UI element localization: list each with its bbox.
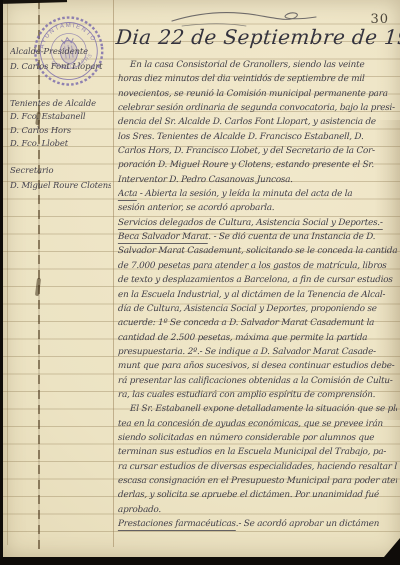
- body-text: celebrar sesión ordinaria de segunda con…: [118, 103, 395, 113]
- body-text: tea en la concesión de ayudas económicas…: [118, 419, 383, 429]
- body-line: derlas, y solicita se apruebe el dictáme…: [118, 488, 398, 502]
- body-line: de texto y desplazamientos a Barcelona, …: [118, 273, 398, 287]
- body-text: en la Escuela Industrial, y al dictámen …: [118, 290, 386, 300]
- body-line: tea en la concesión de ayudas económicas…: [118, 417, 398, 431]
- body-text: escasa consignación en el Presupuesto Mu…: [118, 476, 397, 486]
- body-text: . - Se dió cuenta de una Instancia de D.: [208, 232, 375, 242]
- body-text: los Sres. Tenientes de Alcalde D. Franci…: [118, 132, 364, 142]
- body-line: Acta - Abierta la sesión, y leída la min…: [118, 187, 398, 201]
- body-line: munt que para años sucesivos, si desea c…: [118, 359, 398, 373]
- body-text: derlas, y solicita se apruebe el dictáme…: [118, 490, 379, 500]
- left-margin-rule: [7, 0, 8, 545]
- margin-official-title: Tenientes de Alcalde: [10, 97, 111, 110]
- body-line: sesión anterior, se acordó aprobarla.: [118, 201, 398, 215]
- body-line: Servicios delegados de Cultura, Asistenc…: [118, 216, 398, 230]
- body-line: celebrar sesión ordinaria de segunda con…: [118, 101, 398, 115]
- body-text: ra, las cuales estudiará con amplio espí…: [118, 390, 376, 400]
- body-line: día de Cultura, Asistencia Social y Depo…: [118, 302, 398, 316]
- body-text: de 7.000 pesetas para atender a los gast…: [118, 261, 387, 271]
- body-line: Beca Salvador Marat. - Se dió cuenta de …: [118, 230, 398, 244]
- body-line: acuerde: 1º Se conceda a D. Salvador Mar…: [118, 316, 398, 330]
- margin-official-name: D. Fco. Estabanell: [10, 110, 111, 123]
- officials-margin-column: Alcalde-PresidenteD. Carlos Font Llopart…: [10, 44, 111, 192]
- body-line: aprobado.: [118, 503, 398, 517]
- body-line: de 7.000 pesetas para atender a los gast…: [118, 259, 398, 273]
- margin-official-name: D. Miguel Roure Clotens: [10, 178, 111, 193]
- body-text: Salvador Marat Casademunt, solicitando s…: [118, 246, 397, 256]
- body-text: presupuestaria. 2º.- Se indique a D. Sal…: [118, 347, 376, 357]
- body-line: poración D. Miguel Roure y Clotens, esta…: [118, 158, 398, 172]
- document-page: 30 AYUNTAMIENTO GRANOLL: [3, 0, 400, 557]
- body-line: terminan sus estudios en la Escuela Muni…: [118, 445, 398, 459]
- margin-official-name: D. Carlos Hors: [10, 124, 111, 137]
- margin-official-name: D. Fco. Llobet: [10, 137, 111, 150]
- body-line: Carlos Hors, D. Francisco Llobet, y del …: [118, 144, 398, 158]
- body-text: - Abierta la sesión, y leída la minuta d…: [137, 189, 352, 199]
- body-line: ra cursar estudios de diversas especiali…: [118, 460, 398, 474]
- body-text: rá presentar las calificaciones obtenida…: [118, 376, 393, 386]
- stitch-knot: [35, 278, 41, 296]
- body-text: El Sr. Estabanell expone detalladamente …: [130, 404, 397, 414]
- body-line: Prestaciones farmacéuticas.- Se acordó a…: [118, 517, 398, 531]
- body-line: El Sr. Estabanell expone detalladamente …: [118, 402, 398, 416]
- body-text: día de Cultura, Asistencia Social y Depo…: [118, 304, 377, 314]
- body-line: presupuestaria. 2º.- Se indique a D. Sal…: [118, 345, 398, 359]
- underlined-heading-text: Servicios delegados de Cultura, Asistenc…: [118, 218, 383, 230]
- margin-official-title: Secretario: [10, 163, 111, 178]
- body-line: novecientos, se reunió la Comisión munic…: [118, 87, 398, 101]
- body-text: .- Se acordó aprobar un dictámen: [236, 519, 380, 529]
- body-text: aprobado.: [118, 505, 161, 515]
- body-line: rá presentar las calificaciones obtenida…: [118, 374, 398, 388]
- body-line: Interventor D. Pedro Casanovas Juncosa.: [118, 173, 398, 187]
- body-line: escasa consignación en el Presupuesto Mu…: [118, 474, 398, 488]
- body-text: Carlos Hors, D. Francisco Llobet, y del …: [118, 146, 375, 156]
- body-text: sesión anterior, se acordó aprobarla.: [118, 203, 275, 213]
- body-text: novecientos, se reunió la Comisión munic…: [118, 89, 388, 99]
- margin-group: SecretarioD. Miguel Roure Clotens: [10, 163, 111, 192]
- scanned-minutes-page: { "page_number": "30", "title": "Dia 22 …: [0, 0, 400, 565]
- underlined-heading-text: Beca Salvador Marat: [118, 232, 209, 244]
- body-text: ra cursar estudios de diversas especiali…: [118, 462, 397, 472]
- body-text: cantidad de 2.500 pesetas, máxima que pe…: [118, 333, 368, 343]
- body-line: siendo solicitadas en número considerabl…: [118, 431, 398, 445]
- underlined-heading-text: Prestaciones farmacéuticas: [118, 519, 236, 531]
- underlined-heading-text: Acta: [118, 189, 138, 201]
- minutes-body-text: En la casa Consistorial de Granollers, s…: [118, 58, 397, 531]
- body-text: terminan sus estudios en la Escuela Muni…: [118, 447, 386, 457]
- body-line: En la casa Consistorial de Granollers, s…: [118, 58, 398, 72]
- body-text: siendo solicitadas en número considerabl…: [118, 433, 375, 443]
- body-line: en la Escuela Industrial, y al dictámen …: [118, 288, 398, 302]
- body-line: ra, las cuales estudiará con amplio espí…: [118, 388, 398, 402]
- scan-edge-shadow: [3, 0, 67, 4]
- body-line: los Sres. Tenientes de Alcalde D. Franci…: [118, 130, 398, 144]
- entry-date-title: Dia 22 de Septiembre de 1960: [115, 25, 398, 49]
- margin-group: Tenientes de AlcaldeD. Fco. EstabanellD.…: [10, 97, 111, 150]
- body-text: poración D. Miguel Roure y Clotens, esta…: [118, 160, 374, 170]
- margin-divider-line: [113, 0, 114, 547]
- margin-official-title: Alcalde-Presidente: [10, 44, 111, 59]
- body-text: En la casa Consistorial de Granollers, s…: [130, 60, 365, 70]
- margin-group: Alcalde-PresidenteD. Carlos Font Llopart: [10, 44, 111, 73]
- body-line: horas diez minutos del dia veintidós de …: [118, 72, 398, 86]
- body-line: Salvador Marat Casademunt, solicitando s…: [118, 244, 398, 258]
- body-text: Interventor D. Pedro Casanovas Juncosa.: [118, 175, 293, 185]
- body-text: de texto y desplazamientos a Barcelona, …: [118, 275, 393, 285]
- body-line: dencia del Sr. Alcalde D. Carlos Font Ll…: [118, 115, 398, 129]
- margin-official-name: D. Carlos Font Llopart: [10, 59, 111, 74]
- body-text: munt que para años sucesivos, si desea c…: [118, 361, 395, 371]
- body-line: cantidad de 2.500 pesetas, máxima que pe…: [118, 331, 398, 345]
- body-text: acuerde: 1º Se conceda a D. Salvador Mar…: [118, 318, 375, 328]
- body-text: horas diez minutos del dia veintidós de …: [118, 74, 365, 84]
- body-text: dencia del Sr. Alcalde D. Carlos Font Ll…: [118, 117, 376, 127]
